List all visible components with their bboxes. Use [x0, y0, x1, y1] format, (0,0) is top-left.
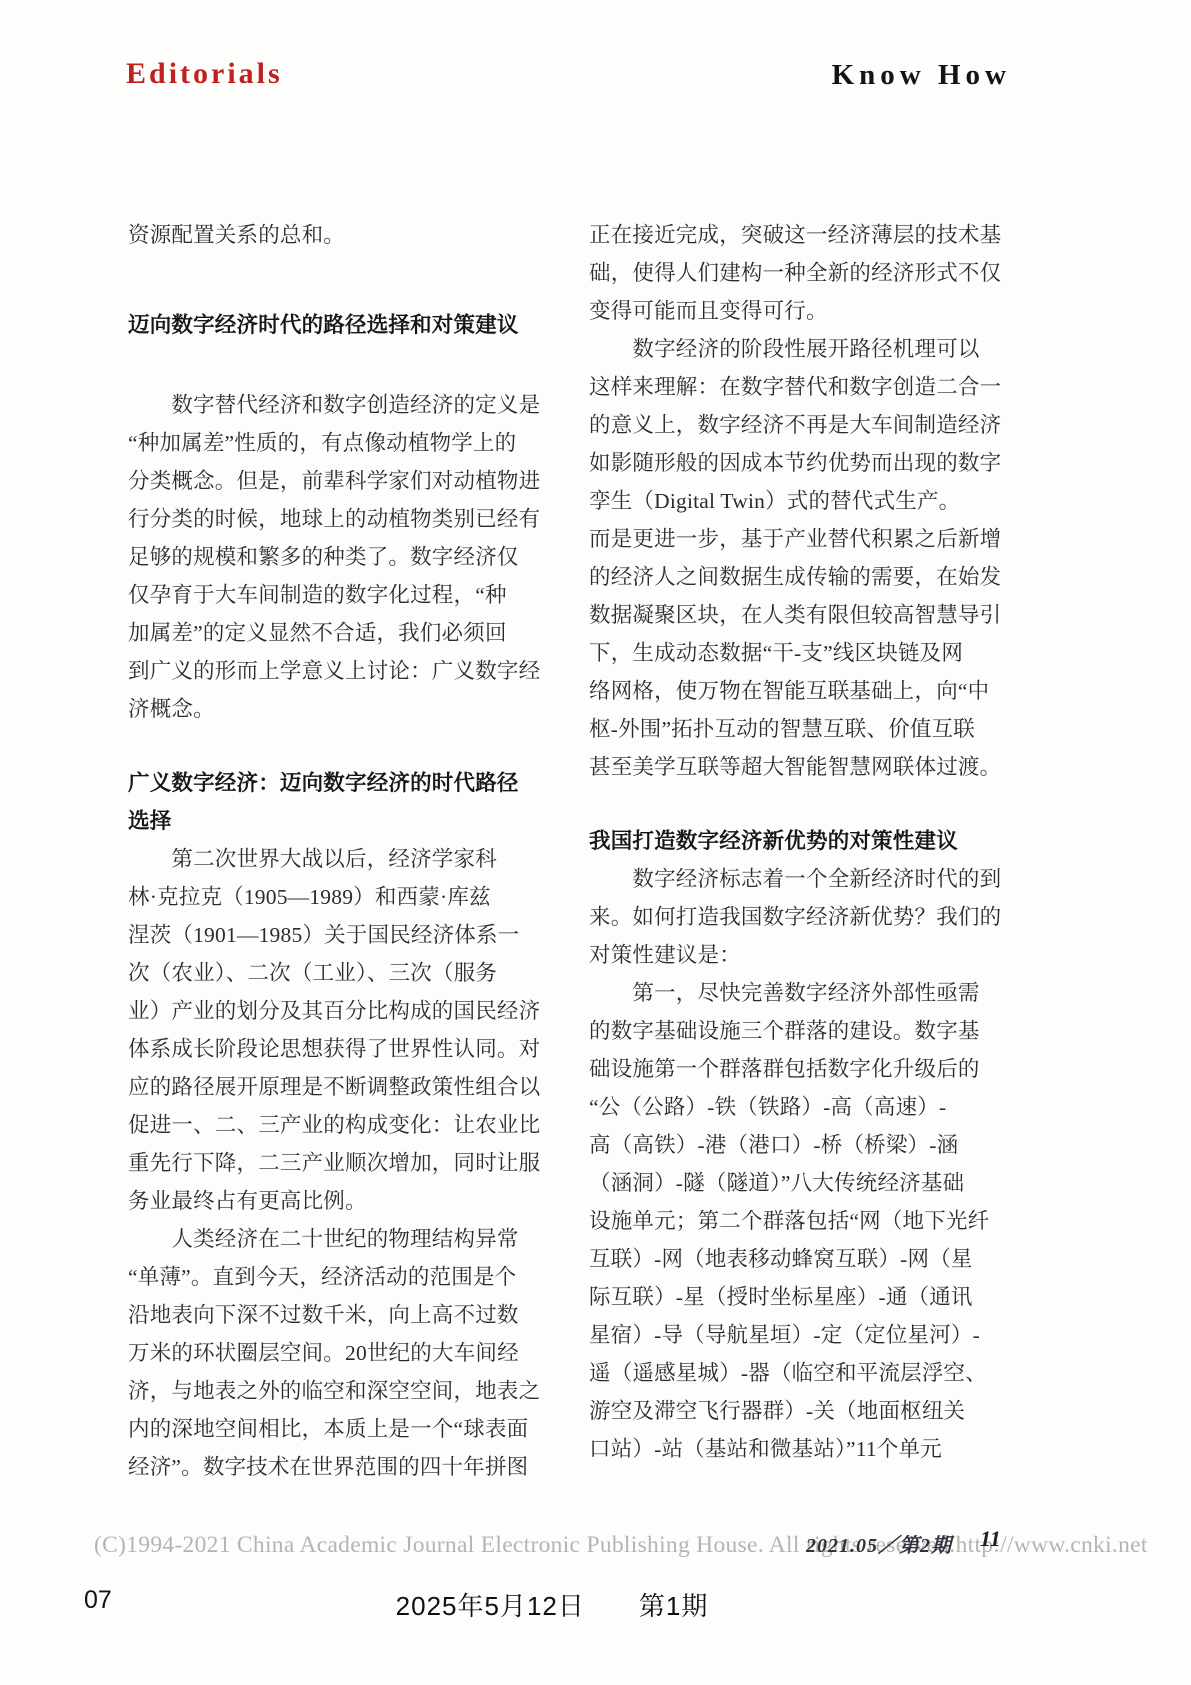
text-line: 涅茨（1901—1985）关于国民经济体系一	[128, 916, 549, 954]
text-line: 仅孕育于大车间制造的数字化过程，“种	[128, 576, 549, 614]
text-line: 对策性建议是：	[589, 936, 1010, 974]
text-line: 加属差”的定义显然不合适，我们必须回	[128, 614, 549, 652]
text-line: “公（公路）-铁（铁路）-高（高速）-	[589, 1088, 1010, 1126]
text-line: 业）产业的划分及其百分比构成的国民经济	[128, 992, 549, 1030]
text-line: 体系成长阶段论思想获得了世界性认同。对	[128, 1030, 549, 1068]
column-right: 正在接近完成，突破这一经济薄层的技术基础，使得人们建构一种全新的经济形式不仅变得…	[589, 216, 1010, 1486]
text-line: 到广义的形而上学意义上讨论：广义数字经	[128, 652, 549, 690]
section-heading: 迈向数字经济时代的路径选择和对策建议	[128, 306, 549, 344]
text-line: 下，生成动态数据“干-支”线区块链及网	[589, 634, 1010, 672]
text-line: 数字经济标志着一个全新经济时代的到	[589, 860, 1010, 898]
text-line: 行分类的时候，地球上的动植物类别已经有	[128, 500, 549, 538]
text-line: 人类经济在二十世纪的物理结构异常	[128, 1220, 549, 1258]
text-line: 重先行下降，二三产业顺次增加，同时让服	[128, 1144, 549, 1182]
text-line: 万米的环状圈层空间。20世纪的大车间经	[128, 1334, 549, 1372]
text-line: 经济”。数字技术在世界范围的四十年拼图	[128, 1448, 549, 1486]
text-line: 迈向数字经济时代的路径选择和对策建议	[128, 306, 549, 344]
text-line: 星宿）-导（导航星垣）-定（定位星河）-	[589, 1316, 1010, 1354]
text-line: 础设施第一个群落群包括数字化升级后的	[589, 1050, 1010, 1088]
text-line: 沿地表向下深不过数千米，向上高不过数	[128, 1296, 549, 1334]
article-body: 资源配置关系的总和。迈向数字经济时代的路径选择和对策建议 数字替代经济和数字创造…	[128, 216, 1010, 1486]
text-line: 遥（遥感星城）-器（临空和平流层浮空、	[589, 1354, 1010, 1392]
reader-date-issue: 2025年5月12日 第1期	[0, 1586, 1104, 1623]
text-line: 枢-外围”拓扑互动的智慧互联、价值互联	[589, 710, 1010, 748]
text-line: 高（高铁）-港（港口）-桥（桥梁）-涵	[589, 1126, 1010, 1164]
text-line: 数据凝聚区块，在人类有限但较高智慧导引	[589, 596, 1010, 634]
text-line: 际互联）-星（授时坐标星座）-通（通讯	[589, 1278, 1010, 1316]
text-line: 第一，尽快完善数字经济外部性亟需	[589, 974, 1010, 1012]
text-line: 变得可能而且变得可行。	[589, 292, 1010, 330]
text-line: 济，与地表之外的临空和深空空间，地表之	[128, 1372, 549, 1410]
text-line: 内的深地空间相比，本质上是一个“球表面	[128, 1410, 549, 1448]
text-line: 的经济人之间数据生成传输的需要，在始发	[589, 558, 1010, 596]
text-line: 来。如何打造我国数字经济新优势？我们的	[589, 898, 1010, 936]
column-left: 资源配置关系的总和。迈向数字经济时代的路径选择和对策建议 数字替代经济和数字创造…	[128, 216, 549, 1486]
text-line: 互联）-网（地表移动蜂窝互联）-网（星	[589, 1240, 1010, 1278]
section-heading: 广义数字经济：迈向数字经济的时代路径选择	[128, 764, 549, 840]
text-line: 数字替代经济和数字创造经济的定义是	[128, 386, 549, 424]
text-line: “种加属差”性质的，有点像动植物学上的	[128, 424, 549, 462]
text-line: 这样来理解：在数字替代和数字创造二合一	[589, 368, 1010, 406]
text-line: 选择	[128, 802, 549, 840]
text-line: 孪生（Digital Twin）式的替代式生产。	[589, 482, 1010, 520]
text-line: 广义数字经济：迈向数字经济的时代路径	[128, 764, 549, 802]
text-line: 济概念。	[128, 690, 549, 728]
text-line: 足够的规模和繁多的种类了。数字经济仅	[128, 538, 549, 576]
journal-issue-label: 2021.05／第2期	[806, 1529, 952, 1558]
text-line: 数字经济的阶段性展开路径机理可以	[589, 330, 1010, 368]
text-line: 的意义上，数字经济不再是大车间制造经济	[589, 406, 1010, 444]
text-line: 林·克拉克（1905—1989）和西蒙·库兹	[128, 878, 549, 916]
text-line: 我国打造数字经济新优势的对策性建议	[589, 822, 1010, 860]
paragraph: 数字替代经济和数字创造经济的定义是“种加属差”性质的，有点像动植物学上的分类概念…	[128, 386, 549, 728]
text-line: 务业最终占有更高比例。	[128, 1182, 549, 1220]
text-line: “单薄”。直到今天，经济活动的范围是个	[128, 1258, 549, 1296]
paragraph: 资源配置关系的总和。	[128, 216, 549, 254]
text-line: 第二次世界大战以后，经济学家科	[128, 840, 549, 878]
text-line: 甚至美学互联等超大智能智慧网联体过渡。	[589, 748, 1010, 786]
paragraph: 数字经济标志着一个全新经济时代的到来。如何打造我国数字经济新优势？我们的对策性建…	[589, 860, 1010, 1468]
text-line: 游空及滞空飞行器群）-关（地面枢纽关	[589, 1392, 1010, 1430]
paragraph: 正在接近完成，突破这一经济薄层的技术基础，使得人们建构一种全新的经济形式不仅变得…	[589, 216, 1010, 786]
journal-page: Editorials Know How 资源配置关系的总和。迈向数字经济时代的路…	[0, 0, 1191, 1685]
text-line: 口站）-站（基站和微基站）”11个单元	[589, 1430, 1010, 1468]
text-line: 的数字基础设施三个群落的建设。数字基	[589, 1012, 1010, 1050]
section-heading: 我国打造数字经济新优势的对策性建议	[589, 822, 1010, 860]
text-line: 如影随形般的因成本节约优势而出现的数字	[589, 444, 1010, 482]
text-line: 正在接近完成，突破这一经济薄层的技术基	[589, 216, 1010, 254]
running-head-know-how: Know How	[832, 59, 1011, 92]
text-line: 络网格，使万物在智能互联基础上，向“中	[589, 672, 1010, 710]
text-line: （涵洞）-隧（隧道）”八大传统经济基础	[589, 1164, 1010, 1202]
copyright-watermark: (C)1994-2021 China Academic Journal Elec…	[94, 1532, 1106, 1559]
text-line: 资源配置关系的总和。	[128, 216, 549, 254]
text-line: 设施单元；第二个群落包括“网（地下光纤	[589, 1202, 1010, 1240]
paragraph: 第二次世界大战以后，经济学家科林·克拉克（1905—1989）和西蒙·库兹涅茨（…	[128, 840, 549, 1486]
journal-page-number: 11	[980, 1526, 1001, 1552]
text-line: 础，使得人们建构一种全新的经济形式不仅	[589, 254, 1010, 292]
text-line: 而是更进一步，基于产业替代积累之后新增	[589, 520, 1010, 558]
text-line: 促进一、二、三产业的构成变化：让农业比	[128, 1106, 549, 1144]
text-line: 分类概念。但是，前辈科学家们对动植物进	[128, 462, 549, 500]
text-line: 应的路径展开原理是不断调整政策性组合以	[128, 1068, 549, 1106]
running-head-editorials: Editorials	[126, 57, 283, 91]
text-line: 次（农业）、二次（工业）、三次（服务	[128, 954, 549, 992]
